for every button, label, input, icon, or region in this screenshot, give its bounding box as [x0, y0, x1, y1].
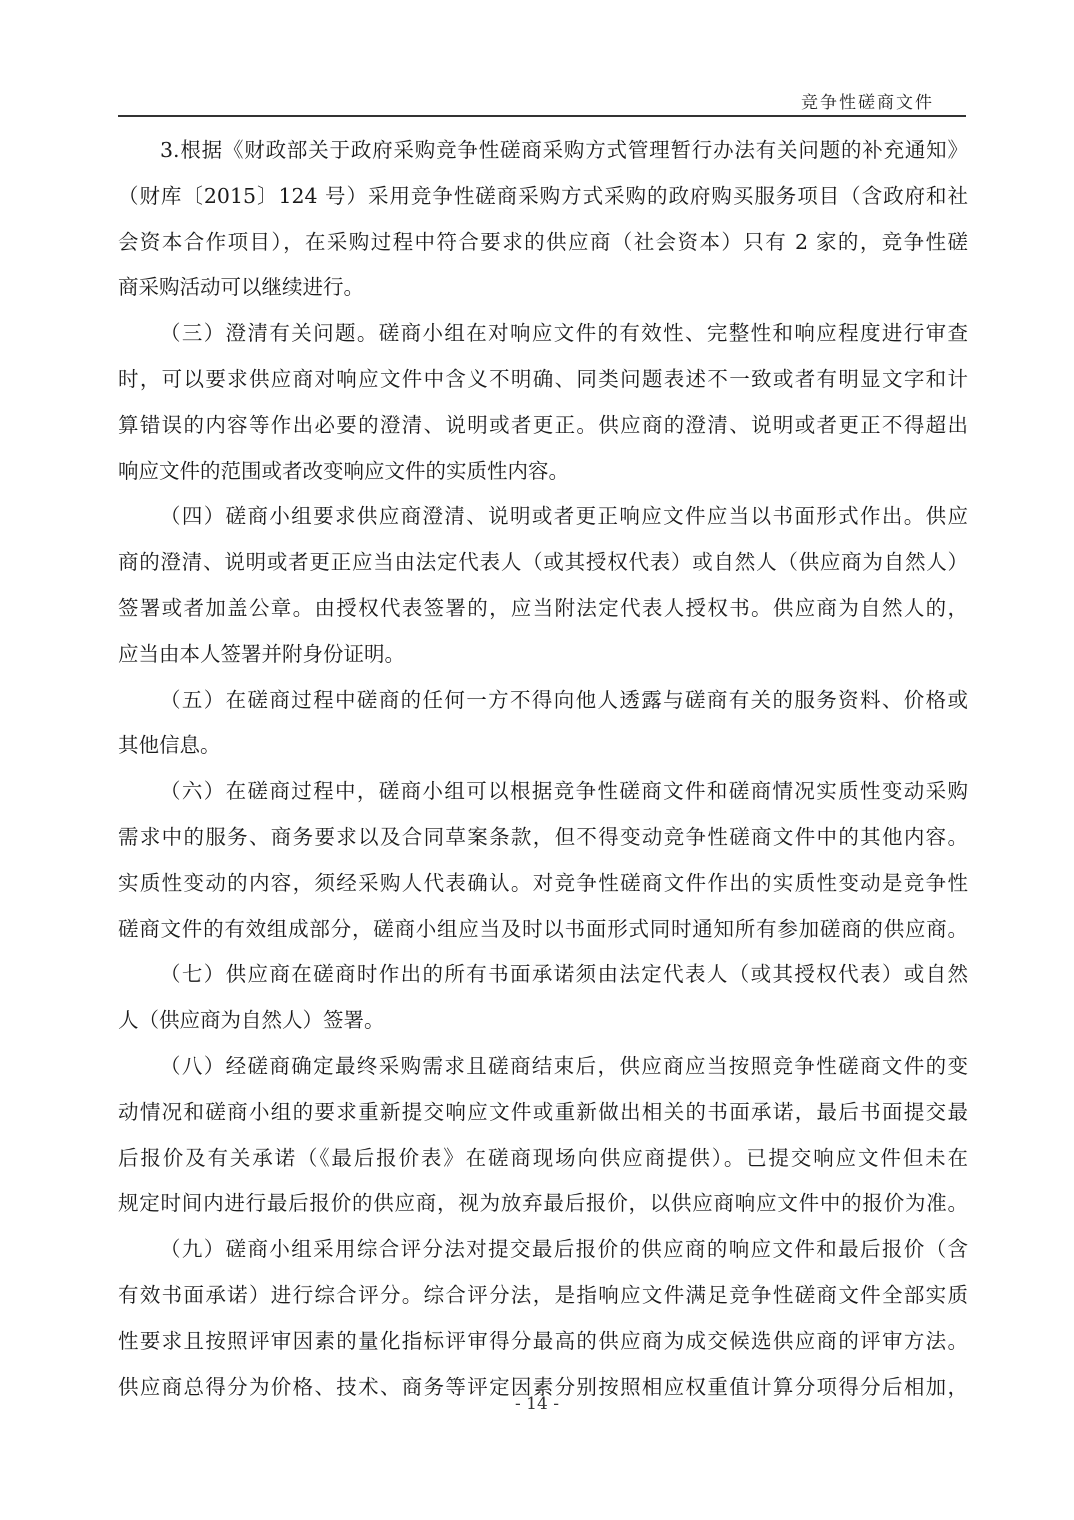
text-line: 磋商文件的有效组成部分，磋商小组应当及时以书面形式同时通知所有参加磋商的供应商。 — [118, 907, 968, 953]
text-line: 商采购活动可以继续进行。 — [118, 265, 968, 311]
text-line: 其他信息。 — [118, 723, 968, 769]
page-header-title: 竞争性磋商文件 — [801, 88, 934, 113]
text-line: 实质性变动的内容，须经采购人代表确认。对竞争性磋商文件作出的实质性变动是竞争性 — [118, 861, 968, 907]
text-line: 动情况和磋商小组的要求重新提交响应文件或重新做出相关的书面承诺，最后书面提交最 — [118, 1090, 968, 1136]
header-rule — [118, 115, 966, 117]
text-line: 后报价及有关承诺（《最后报价表》在磋商现场向供应商提供）。已提交响应文件但未在 — [118, 1136, 968, 1182]
text-line: （七）供应商在磋商时作出的所有书面承诺须由法定代表人（或其授权代表）或自然 — [118, 952, 968, 998]
text-line: 时，可以要求供应商对响应文件中含义不明确、同类问题表述不一致或者有明显文字和计 — [118, 357, 968, 403]
text-line: （财库〔2015〕124 号）采用竞争性磋商采购方式采购的政府购买服务项目（含政… — [118, 174, 968, 220]
text-line: 应当由本人签署并附身份证明。 — [118, 632, 968, 678]
text-line: 会资本合作项目），在采购过程中符合要求的供应商（社会资本）只有 2 家的，竞争性… — [118, 220, 968, 266]
text-line: 算错误的内容等作出必要的澄清、说明或者更正。供应商的澄清、说明或者更正不得超出 — [118, 403, 968, 449]
text-line: （五）在磋商过程中磋商的任何一方不得向他人透露与磋商有关的服务资料、价格或 — [118, 678, 968, 724]
text-line: 有效书面承诺）进行综合评分。综合评分法，是指响应文件满足竞争性磋商文件全部实质 — [118, 1273, 968, 1319]
text-line: 签署或者加盖公章。由授权代表签署的，应当附法定代表人授权书。供应商为自然人的， — [118, 586, 968, 632]
text-line: 商的澄清、说明或者更正应当由法定代表人（或其授权代表）或自然人（供应商为自然人） — [118, 540, 968, 586]
text-line: （四）磋商小组要求供应商澄清、说明或者更正响应文件应当以书面形式作出。供应 — [118, 494, 968, 540]
text-line: （六）在磋商过程中，磋商小组可以根据竞争性磋商文件和磋商情况实质性变动采购 — [118, 769, 968, 815]
text-line: （九）磋商小组采用综合评分法对提交最后报价的供应商的响应文件和最后报价（含 — [118, 1227, 968, 1273]
page-number: - 14 - — [0, 1394, 1074, 1414]
text-line: （八）经磋商确定最终采购需求且磋商结束后，供应商应当按照竞争性磋商文件的变 — [118, 1044, 968, 1090]
text-line: 人（供应商为自然人）签署。 — [118, 998, 968, 1044]
text-line: 需求中的服务、商务要求以及合同草案条款，但不得变动竞争性磋商文件中的其他内容。 — [118, 815, 968, 861]
text-line: 3.根据《财政部关于政府采购竞争性磋商采购方式管理暂行办法有关问题的补充通知》 — [118, 128, 968, 174]
text-line: 性要求且按照评审因素的量化指标评审得分最高的供应商为成交候选供应商的评审方法。 — [118, 1319, 968, 1365]
text-line: 响应文件的范围或者改变响应文件的实质性内容。 — [118, 449, 968, 495]
text-line: （三）澄清有关问题。磋商小组在对响应文件的有效性、完整性和响应程度进行审查 — [118, 311, 968, 357]
text-line: 规定时间内进行最后报价的供应商，视为放弃最后报价，以供应商响应文件中的报价为准。 — [118, 1181, 968, 1227]
document-body: 3.根据《财政部关于政府采购竞争性磋商采购方式管理暂行办法有关问题的补充通知》 … — [118, 128, 968, 1410]
